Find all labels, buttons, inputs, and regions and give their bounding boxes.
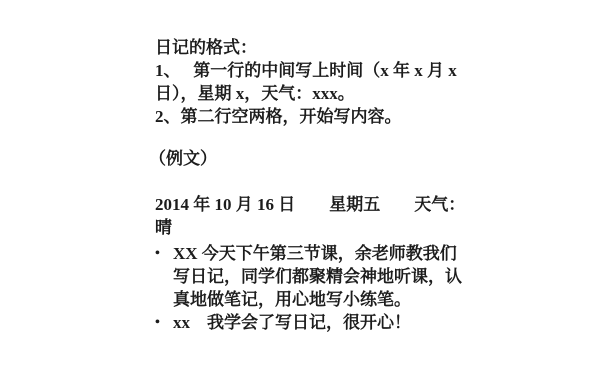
format-rule-1-line-2: 日），星期 x，天气：xxx。 (155, 82, 485, 105)
bullet-2-line-1: xx 我学会了写日记，很开心！ (173, 311, 411, 334)
format-rule-1-line-1: 1、 第一行的中间写上时间（x 年 x 月 x (155, 59, 485, 82)
example-weather: 晴 (155, 216, 485, 239)
bullet-1-text: XX 今天下午第三节课，余老师教我们 写日记，同学们都聚精会神地听课，认 真地做… (173, 242, 462, 311)
document-page: 日记的格式： 1、 第一行的中间写上时间（x 年 x 月 x 日），星期 x，天… (0, 0, 611, 370)
example-label: （例文） (149, 147, 485, 170)
example-bullet-2: • xx 我学会了写日记，很开心！ (155, 311, 485, 334)
format-heading: 日记的格式： (155, 36, 485, 59)
format-rule-2: 2、第二行空两格，开始写内容。 (155, 105, 485, 128)
document-content: 日记的格式： 1、 第一行的中间写上时间（x 年 x 月 x 日），星期 x，天… (155, 36, 485, 334)
example-bullet-1: • XX 今天下午第三节课，余老师教我们 写日记，同学们都聚精会神地听课，认 真… (155, 242, 485, 311)
bullet-1-line-1: XX 今天下午第三节课，余老师教我们 (173, 242, 462, 265)
bullet-1-line-2: 写日记，同学们都聚精会神地听课，认 (173, 265, 462, 288)
bullet-2-text: xx 我学会了写日记，很开心！ (173, 311, 411, 334)
bullet-icon: • (155, 311, 173, 334)
bullet-icon: • (155, 242, 173, 265)
example-date-line: 2014 年 10 月 16 日 星期五 天气： (155, 193, 485, 216)
bullet-1-line-3: 真地做笔记，用心地写小练笔。 (173, 288, 462, 311)
